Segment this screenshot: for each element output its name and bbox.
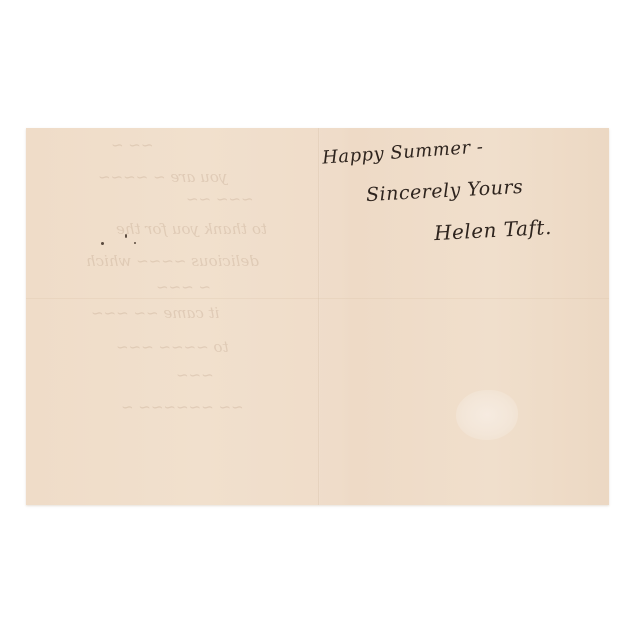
ink-speck [125, 234, 127, 238]
valediction: Sincerely Yours [366, 176, 524, 206]
ghost-line: ~ ~~~ [156, 278, 211, 296]
center-fold [318, 128, 320, 505]
ink-speck [101, 242, 104, 245]
closing-greeting: Happy Summer - [321, 136, 484, 168]
ghost-line: you are ~ ~~~~ [98, 168, 227, 186]
ghost-line: it came ~~ ~~~ [91, 304, 219, 322]
paper-stain [456, 390, 518, 440]
ghost-line: to thank you for the [116, 220, 267, 238]
signature: Helen Taft. [433, 215, 552, 245]
ghost-line: ~~~ ~~ [186, 190, 254, 208]
ghost-line: ~~ ~~~~~~ ~ [121, 398, 244, 416]
ink-speck [134, 242, 136, 244]
ghost-line: ~~ ~ [111, 136, 153, 154]
letter-paper: ~~ ~ you are ~ ~~~~ ~~~ ~~ to thank you … [26, 128, 609, 505]
ghost-line: to ~~~~ ~~~ [116, 338, 229, 356]
horizontal-crease [26, 298, 609, 299]
ghost-line: delicious ~~~~ which [86, 252, 259, 270]
ghost-line: ~~~ [176, 366, 214, 384]
